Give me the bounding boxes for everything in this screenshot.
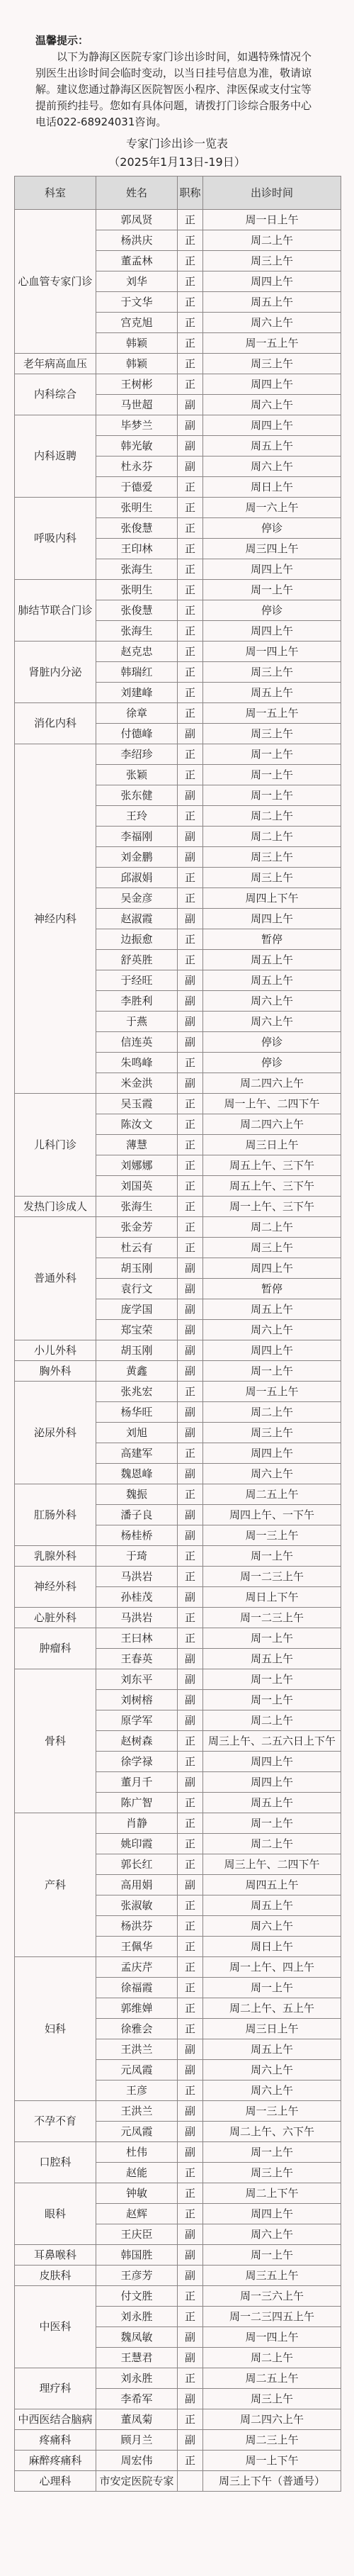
doctor-title-cell: 副 <box>178 847 203 868</box>
clinic-time-cell: 周五上午、三下午 <box>203 1176 341 1197</box>
clinic-time-cell: 周二上午 <box>203 827 341 847</box>
doctor-title-cell: 正 <box>178 1937 203 1957</box>
department-cell: 神经外科 <box>15 1567 96 1608</box>
doctor-name-cell: 王洪兰 <box>96 2039 178 2060</box>
clinic-time-cell: 周五上午 <box>203 2039 341 2060</box>
header-time: 出诊时间 <box>203 177 341 210</box>
clinic-time-cell: 周五上午 <box>203 1649 341 1669</box>
table-row: 神经外科马洪岩正周一二三上午 <box>15 1567 341 1587</box>
doctor-title-cell: 正 <box>178 1978 203 1998</box>
doctor-title-cell: 正 <box>178 2409 203 2430</box>
doctor-title-cell: 正 <box>178 2368 203 2389</box>
department-cell: 肺结节联合门诊 <box>15 580 96 642</box>
doctor-title-cell: 副 <box>178 1649 203 1669</box>
department-cell: 肿瘤科 <box>15 1628 96 1669</box>
doctor-name-cell: 韩颖 <box>96 354 178 374</box>
doctor-name-cell: 董凤菊 <box>96 2409 178 2430</box>
doctor-name-cell: 王庆臣 <box>96 2224 178 2245</box>
department-cell: 内科返聘 <box>15 415 96 498</box>
doctor-name-cell: 胡玉刚 <box>96 1340 178 1361</box>
clinic-time-cell: 周四上午 <box>203 1772 341 1793</box>
doctor-title-cell: 正 <box>178 1608 203 1628</box>
clinic-time-cell: 周三四上午 <box>203 539 341 559</box>
doctor-name-cell: 徐学禄 <box>96 1752 178 1772</box>
department-cell: 神经内科 <box>15 744 96 1094</box>
header-dept: 科室 <box>15 177 96 210</box>
table-row: 耳鼻喉科韩国胜副周一上午 <box>15 2245 341 2266</box>
doctor-name-cell: 杨洪庆 <box>96 230 178 251</box>
clinic-time-cell: 周二四六上午 <box>203 1114 341 1135</box>
clinic-time-cell: 周四上午 <box>203 1752 341 1772</box>
doctor-name-cell: 王曰林 <box>96 1628 178 1649</box>
doctor-title-cell: 正 <box>178 1731 203 1752</box>
doctor-title-cell: 副 <box>178 1073 203 1094</box>
clinic-time-cell: 周二上午 <box>203 2348 341 2368</box>
doctor-title-cell: 正 <box>178 1135 203 1155</box>
table-row: 泌尿外科张兆宏正周一五上午 <box>15 1382 341 1402</box>
clinic-time-cell: 周五上午 <box>203 1793 341 1813</box>
notice-body: 以下为静海区医院专家门诊出诊时间，如遇特殊情况个别医生出诊时间会临时变动，以当日… <box>35 49 320 130</box>
clinic-time-cell: 周四五上午 <box>203 1875 341 1895</box>
doctor-title-cell: 正 <box>178 1382 203 1402</box>
table-row: 心脏外科马洪岩正周一二三上午 <box>15 1608 341 1628</box>
clinic-time-cell: 周一上午 <box>203 1978 341 1998</box>
clinic-time-cell: 周六上午 <box>203 457 341 477</box>
clinic-time-cell: 周三上午 <box>203 1238 341 1258</box>
doctor-title-cell: 副 <box>178 1525 203 1546</box>
doctor-title-cell: 副 <box>178 415 203 436</box>
table-row: 心理科市安定医院专家周三上下午（普通号） <box>15 2471 341 2492</box>
department-cell: 口腔科 <box>15 2142 96 2183</box>
clinic-time-cell: 周六上午 <box>203 2060 341 2081</box>
doctor-title-cell: 副 <box>178 457 203 477</box>
header-title: 职称 <box>178 177 203 210</box>
clinic-time-cell: 周六上午 <box>203 991 341 1012</box>
department-cell: 不孕不育 <box>15 2101 96 2142</box>
clinic-time-cell: 周三上午 <box>203 724 341 744</box>
table-row: 老年病高血压韩颖正周三上午 <box>15 354 341 374</box>
table-subtitle: （2025年1月13日-19日） <box>14 153 340 172</box>
doctor-name-cell: 王佩华 <box>96 1937 178 1957</box>
clinic-time-cell: 周二三上午 <box>203 2430 341 2451</box>
doctor-name-cell: 肖静 <box>96 1813 178 1834</box>
doctor-title-cell: 副 <box>178 1690 203 1710</box>
doctor-name-cell: 魏振 <box>96 1484 178 1505</box>
doctor-name-cell: 顾月兰 <box>96 2430 178 2451</box>
doctor-name-cell: 姚印霞 <box>96 1834 178 1854</box>
doctor-title-cell: 正 <box>178 1053 203 1073</box>
table-row: 不孕不育王洪兰副周一三上午 <box>15 2101 341 2122</box>
doctor-title-cell: 副 <box>178 1875 203 1895</box>
doctor-name-cell: 刘旭 <box>96 1423 178 1443</box>
doctor-title-cell: 正 <box>178 1094 203 1114</box>
clinic-time-cell: 周六上午 <box>203 2081 341 2101</box>
table-row: 消化内科徐章正周一五上午 <box>15 703 341 724</box>
doctor-name-cell: 张兆宏 <box>96 1382 178 1402</box>
clinic-time-cell: 周三上午 <box>203 847 341 868</box>
clinic-time-cell: 周一上午 <box>203 1669 341 1690</box>
schedule-body: 心血管专家门诊郭凤贤正周一日上午杨洪庆正周二上午董孟林正周三上午刘华正周四上午于… <box>15 210 341 2492</box>
doctor-title-cell: 副 <box>178 395 203 415</box>
doctor-name-cell: 董孟林 <box>96 251 178 271</box>
clinic-time-cell: 周一三六上午 <box>203 2286 341 2307</box>
clinic-time-cell: 停诊 <box>203 600 341 621</box>
doctor-title-cell: 正 <box>178 1793 203 1813</box>
doctor-name-cell: 陈广智 <box>96 1793 178 1813</box>
doctor-name-cell: 王玲 <box>96 806 178 827</box>
doctor-name-cell: 李绍珍 <box>96 744 178 765</box>
doctor-name-cell: 刘东平 <box>96 1669 178 1690</box>
table-row: 中西医结合脑病董凤菊正周二四六上午 <box>15 2409 341 2430</box>
clinic-time-cell: 周五上午 <box>203 292 341 313</box>
doctor-title-cell: 正 <box>178 354 203 374</box>
doctor-name-cell: 韩光敏 <box>96 436 178 457</box>
doctor-title-cell: 副 <box>178 2101 203 2122</box>
table-row: 骨科刘东平副周一上午 <box>15 1669 341 1690</box>
doctor-name-cell: 韩颖 <box>96 333 178 354</box>
notice: 温馨提示： 以下为静海区医院专家门诊出诊时间，如遇特殊情况个别医生出诊时间会临时… <box>14 33 340 130</box>
doctor-title-cell: 副 <box>178 2039 203 2060</box>
doctor-name-cell: 刘建峰 <box>96 683 178 703</box>
clinic-time-cell: 周二上下午 <box>203 2183 341 2204</box>
doctor-title-cell: 正 <box>178 621 203 642</box>
doctor-title-cell: 正 <box>178 333 203 354</box>
doctor-title-cell: 副 <box>178 1772 203 1793</box>
doctor-title-cell: 正 <box>178 292 203 313</box>
doctor-title-cell: 正 <box>178 600 203 621</box>
doctor-name-cell: 吴玉霞 <box>96 1094 178 1114</box>
table-row: 肺结节联合门诊张明生正周一上午 <box>15 580 341 600</box>
department-cell: 小儿外科 <box>15 1340 96 1361</box>
clinic-time-cell: 周四上午 <box>203 621 341 642</box>
department-cell: 呼吸内科 <box>15 498 96 580</box>
clinic-time-cell: 周一上午 <box>203 744 341 765</box>
clinic-time-cell: 周四上午 <box>203 559 341 580</box>
table-row: 发热门诊成人张海生正周一上午、三下午 <box>15 1197 341 1217</box>
clinic-time-cell: 周三上午 <box>203 868 341 888</box>
doctor-name-cell: 孟庆芹 <box>96 1957 178 1978</box>
doctor-name-cell: 张东健 <box>96 785 178 806</box>
department-cell: 心理科 <box>15 2471 96 2492</box>
doctor-title-cell: 正 <box>178 498 203 518</box>
clinic-time-cell: 周一四上午 <box>203 642 341 662</box>
doctor-title-cell: 正 <box>178 313 203 333</box>
doctor-title-cell: 副 <box>178 1320 203 1340</box>
doctor-title-cell: 正 <box>178 1752 203 1772</box>
doctor-title-cell: 正 <box>178 1197 203 1217</box>
clinic-time-cell: 周二上午 <box>203 1217 341 1238</box>
doctor-title-cell: 正 <box>178 1238 203 1258</box>
doctor-title-cell: 正 <box>178 1628 203 1649</box>
doctor-name-cell: 马洪岩 <box>96 1567 178 1587</box>
doctor-title-cell: 正 <box>178 559 203 580</box>
doctor-title-cell: 副 <box>178 1032 203 1053</box>
doctor-title-cell: 正 <box>178 2286 203 2307</box>
doctor-title-cell: 正 <box>178 744 203 765</box>
clinic-time-cell: 周二上午 <box>203 806 341 827</box>
table-row: 心血管专家门诊郭凤贤正周一日上午 <box>15 210 341 230</box>
doctor-title-cell: 正 <box>178 2307 203 2327</box>
table-row: 肛肠外科魏振正周二五上午 <box>15 1484 341 1505</box>
clinic-time-cell: 周五上午 <box>203 436 341 457</box>
doctor-name-cell: 魏恩峰 <box>96 1464 178 1484</box>
doctor-title-cell: 正 <box>178 683 203 703</box>
doctor-title-cell: 正 <box>178 662 203 683</box>
doctor-title-cell: 正 <box>178 1813 203 1834</box>
department-cell: 骨科 <box>15 1669 96 1813</box>
doctor-name-cell: 王洪兰 <box>96 2101 178 2122</box>
table-title: 专家门诊出诊一览表 <box>14 135 340 153</box>
table-row: 神经内科李绍珍正周一上午 <box>15 744 341 765</box>
doctor-name-cell: 元凤霞 <box>96 2060 178 2081</box>
clinic-time-cell: 暂停 <box>203 1279 341 1299</box>
doctor-title-cell: 正 <box>178 1998 203 2019</box>
doctor-title-cell: 正 <box>178 580 203 600</box>
doctor-name-cell: 徐章 <box>96 703 178 724</box>
doctor-name-cell: 杜伟 <box>96 2142 178 2163</box>
clinic-time-cell: 周三上午 <box>203 354 341 374</box>
clinic-time-cell: 周四上午 <box>203 1340 341 1361</box>
doctor-title-cell: 正 <box>178 518 203 539</box>
doctor-title-cell: 正 <box>178 1217 203 1238</box>
clinic-time-cell: 周三上午 <box>203 2389 341 2409</box>
table-row: 乳腺外科于琦正周一上午 <box>15 1546 341 1567</box>
clinic-time-cell: 周一二三上午 <box>203 1608 341 1628</box>
doctor-title-cell: 副 <box>178 1012 203 1032</box>
doctor-name-cell: 赵克忠 <box>96 642 178 662</box>
department-cell: 心血管专家门诊 <box>15 210 96 354</box>
clinic-time-cell: 周五上午 <box>203 1299 341 1320</box>
doctor-name-cell: 张海生 <box>96 621 178 642</box>
doctor-title-cell: 副 <box>178 909 203 929</box>
doctor-name-cell: 孙桂茂 <box>96 1587 178 1608</box>
clinic-time-cell: 周四上下午 <box>203 888 341 909</box>
doctor-title-cell: 正 <box>178 1567 203 1587</box>
doctor-title-cell: 副 <box>178 785 203 806</box>
doctor-name-cell: 马洪岩 <box>96 1608 178 1628</box>
department-cell: 耳鼻喉科 <box>15 2245 96 2266</box>
doctor-name-cell: 舒英胜 <box>96 950 178 970</box>
doctor-title-cell: 副 <box>178 724 203 744</box>
clinic-time-cell: 周三上午 <box>203 1423 341 1443</box>
doctor-title-cell: 副 <box>178 1423 203 1443</box>
table-row: 肿瘤科王曰林正周一上午 <box>15 1628 341 1649</box>
clinic-time-cell: 周六上午 <box>203 395 341 415</box>
clinic-time-cell: 周一日上午 <box>203 210 341 230</box>
clinic-time-cell: 周二上午、六下午 <box>203 2122 341 2142</box>
doctor-title-cell: 副 <box>178 2122 203 2142</box>
table-row: 肾脏内分泌赵克忠正周一四上午 <box>15 642 341 662</box>
doctor-name-cell: 杜永芬 <box>96 457 178 477</box>
doctor-name-cell: 米金洪 <box>96 1073 178 1094</box>
clinic-time-cell: 周日上午 <box>203 1937 341 1957</box>
department-cell: 消化内科 <box>15 703 96 744</box>
doctor-name-cell: 吴金彦 <box>96 888 178 909</box>
clinic-time-cell: 周四上午 <box>203 1443 341 1464</box>
schedule-table: 科室 姓名 职称 出诊时间 心血管专家门诊郭凤贤正周一日上午杨洪庆正周二上午董孟… <box>14 176 341 2492</box>
doctor-name-cell: 张明生 <box>96 498 178 518</box>
clinic-time-cell: 周三上午、二五六日上下午 <box>203 1731 341 1752</box>
doctor-name-cell: 张金芳 <box>96 1217 178 1238</box>
table-header-row: 科室 姓名 职称 出诊时间 <box>15 177 341 210</box>
doctor-name-cell: 张海生 <box>96 1197 178 1217</box>
doctor-title-cell: 正 <box>178 1484 203 1505</box>
department-cell: 肾脏内分泌 <box>15 642 96 703</box>
doctor-title-cell: 正 <box>178 271 203 292</box>
clinic-time-cell: 周三上午 <box>203 251 341 271</box>
clinic-time-cell: 周五上午 <box>203 1895 341 1916</box>
table-row: 妇科孟庆芹正周一上午、四上午 <box>15 1957 341 1978</box>
doctor-name-cell: 信连英 <box>96 1032 178 1053</box>
header-name: 姓名 <box>96 177 178 210</box>
clinic-time-cell: 周一三上午 <box>203 1525 341 1546</box>
department-cell: 疼痛科 <box>15 2430 96 2451</box>
notice-title: 温馨提示： <box>35 33 320 49</box>
clinic-time-cell: 周五上午、三下午 <box>203 1155 341 1176</box>
doctor-title-cell: 正 <box>178 1895 203 1916</box>
clinic-time-cell: 周一四上午 <box>203 2327 341 2348</box>
doctor-title-cell: 副 <box>178 2266 203 2286</box>
clinic-time-cell: 周五上午 <box>203 950 341 970</box>
doctor-name-cell: 郭维婵 <box>96 1998 178 2019</box>
doctor-title-cell: 副 <box>178 970 203 991</box>
clinic-time-cell: 周四上午 <box>203 1258 341 1279</box>
doctor-title-cell: 副 <box>178 1361 203 1382</box>
clinic-time-cell: 周一上午 <box>203 1546 341 1567</box>
table-row: 小儿外科胡玉刚副周四上午 <box>15 1340 341 1361</box>
doctor-title-cell: 正 <box>178 210 203 230</box>
department-cell: 皮肤科 <box>15 2266 96 2286</box>
doctor-name-cell: 付德峰 <box>96 724 178 744</box>
doctor-name-cell: 刘娜娜 <box>96 1155 178 1176</box>
doctor-name-cell: 边振愈 <box>96 929 178 950</box>
doctor-title-cell: 副 <box>178 2430 203 2451</box>
doctor-name-cell: 李希军 <box>96 2389 178 2409</box>
doctor-name-cell: 韩瑞红 <box>96 662 178 683</box>
table-row: 麻醉疼痛科周宏伟正周一上下午 <box>15 2451 341 2471</box>
doctor-title-cell: 正 <box>178 765 203 785</box>
doctor-name-cell: 袁行文 <box>96 1279 178 1299</box>
doctor-name-cell: 郭长红 <box>96 1854 178 1875</box>
doctor-name-cell: 王春英 <box>96 1649 178 1669</box>
doctor-name-cell: 邱淑娟 <box>96 868 178 888</box>
doctor-title-cell: 正 <box>178 868 203 888</box>
doctor-title-cell: 正 <box>178 1546 203 1567</box>
clinic-time-cell: 周二四六上午 <box>203 1073 341 1094</box>
clinic-time-cell: 周一二三上午 <box>203 1567 341 1587</box>
clinic-time-cell: 暂停 <box>203 929 341 950</box>
clinic-time-cell: 周一上午 <box>203 2245 341 2266</box>
doctor-name-cell: 王树彬 <box>96 374 178 395</box>
doctor-title-cell: 副 <box>178 436 203 457</box>
doctor-name-cell: 付文胜 <box>96 2286 178 2307</box>
doctor-title-cell: 正 <box>178 806 203 827</box>
clinic-time-cell: 周一上下午 <box>203 2451 341 2471</box>
doctor-title-cell: 正 <box>178 1957 203 1978</box>
doctor-title-cell: 正 <box>178 929 203 950</box>
clinic-time-cell: 周三上午 <box>203 662 341 683</box>
clinic-time-cell: 周四上午 <box>203 271 341 292</box>
clinic-time-cell: 周一五上午 <box>203 1382 341 1402</box>
doctor-name-cell: 薄慧 <box>96 1135 178 1155</box>
doctor-name-cell: 王彦芳 <box>96 2266 178 2286</box>
doctor-name-cell: 钟敏 <box>96 2183 178 2204</box>
clinic-time-cell: 周六上午 <box>203 313 341 333</box>
doctor-title-cell: 正 <box>178 477 203 498</box>
clinic-time-cell: 周三上午 <box>203 2163 341 2183</box>
doctor-title-cell: 正 <box>178 374 203 395</box>
doctor-name-cell: 李福刚 <box>96 827 178 847</box>
clinic-time-cell: 周六上午 <box>203 1464 341 1484</box>
table-row: 疼痛科顾月兰副周二三上午 <box>15 2430 341 2451</box>
doctor-name-cell: 高用娟 <box>96 1875 178 1895</box>
doctor-name-cell: 刘永胜 <box>96 2307 178 2327</box>
clinic-time-cell: 周一上午 <box>203 1628 341 1649</box>
table-row: 胸外科黄鑫副周一上午 <box>15 1361 341 1382</box>
doctor-title-cell: 正 <box>178 642 203 662</box>
doctor-title-cell: 副 <box>178 1669 203 1690</box>
doctor-title-cell: 正 <box>178 2081 203 2101</box>
doctor-title-cell: 副 <box>178 2142 203 2163</box>
clinic-time-cell: 周一上午、三下午 <box>203 1197 341 1217</box>
clinic-time-cell: 周一上午、四上午 <box>203 1957 341 1978</box>
department-cell: 理疗科 <box>15 2368 96 2409</box>
page: 温馨提示： 以下为静海区医院专家门诊出诊时间，如遇特殊情况个别医生出诊时间会临时… <box>0 0 354 2506</box>
doctor-name-cell: 徐雅会 <box>96 2019 178 2039</box>
doctor-title-cell: 正 <box>178 1854 203 1875</box>
doctor-name-cell: 王彦 <box>96 2081 178 2101</box>
doctor-title-cell: 正 <box>178 950 203 970</box>
doctor-title-cell: 副 <box>178 1299 203 1320</box>
doctor-name-cell: 庞学国 <box>96 1299 178 1320</box>
doctor-name-cell: 刘国英 <box>96 1176 178 1197</box>
table-row: 理疗科刘永胜正周二五上午 <box>15 2368 341 2389</box>
clinic-time-cell: 周一五上午 <box>203 333 341 354</box>
clinic-time-cell: 周三上下午（普通号） <box>203 2471 341 2492</box>
doctor-name-cell: 张俊慧 <box>96 518 178 539</box>
doctor-title-cell: 正 <box>178 2163 203 2183</box>
clinic-time-cell: 周六上午 <box>203 1916 341 1937</box>
clinic-time-cell: 周一上午 <box>203 2142 341 2163</box>
department-cell: 中医科 <box>15 2286 96 2368</box>
doctor-name-cell: 潘子良 <box>96 1505 178 1525</box>
doctor-name-cell: 徐福霞 <box>96 1978 178 1998</box>
clinic-time-cell: 周五上午 <box>203 683 341 703</box>
doctor-title-cell: 副 <box>178 1340 203 1361</box>
table-row: 中医科付文胜正周一三六上午 <box>15 2286 341 2307</box>
doctor-name-cell: 于经旺 <box>96 970 178 991</box>
doctor-title-cell: 副 <box>178 1402 203 1423</box>
doctor-title-cell: 副 <box>178 1710 203 1731</box>
doctor-title-cell: 正 <box>178 888 203 909</box>
doctor-title-cell: 副 <box>178 1258 203 1279</box>
clinic-time-cell: 周四上午 <box>203 415 341 436</box>
clinic-time-cell: 停诊 <box>203 518 341 539</box>
doctor-title-cell: 正 <box>178 539 203 559</box>
clinic-time-cell: 周四上午 <box>203 374 341 395</box>
doctor-title-cell: 副 <box>178 2327 203 2348</box>
doctor-name-cell: 张俊慧 <box>96 600 178 621</box>
doctor-title-cell: 副 <box>178 1464 203 1484</box>
department-cell: 胸外科 <box>15 1361 96 1382</box>
doctor-name-cell: 张海生 <box>96 559 178 580</box>
doctor-name-cell: 市安定医院专家 <box>96 2471 178 2492</box>
doctor-name-cell: 张淑敏 <box>96 1895 178 1916</box>
clinic-time-cell: 周日上午 <box>203 477 341 498</box>
clinic-time-cell: 周六上午 <box>203 1320 341 1340</box>
clinic-time-cell: 周四上午 <box>203 2204 341 2224</box>
doctor-name-cell: 赵淑霞 <box>96 909 178 929</box>
